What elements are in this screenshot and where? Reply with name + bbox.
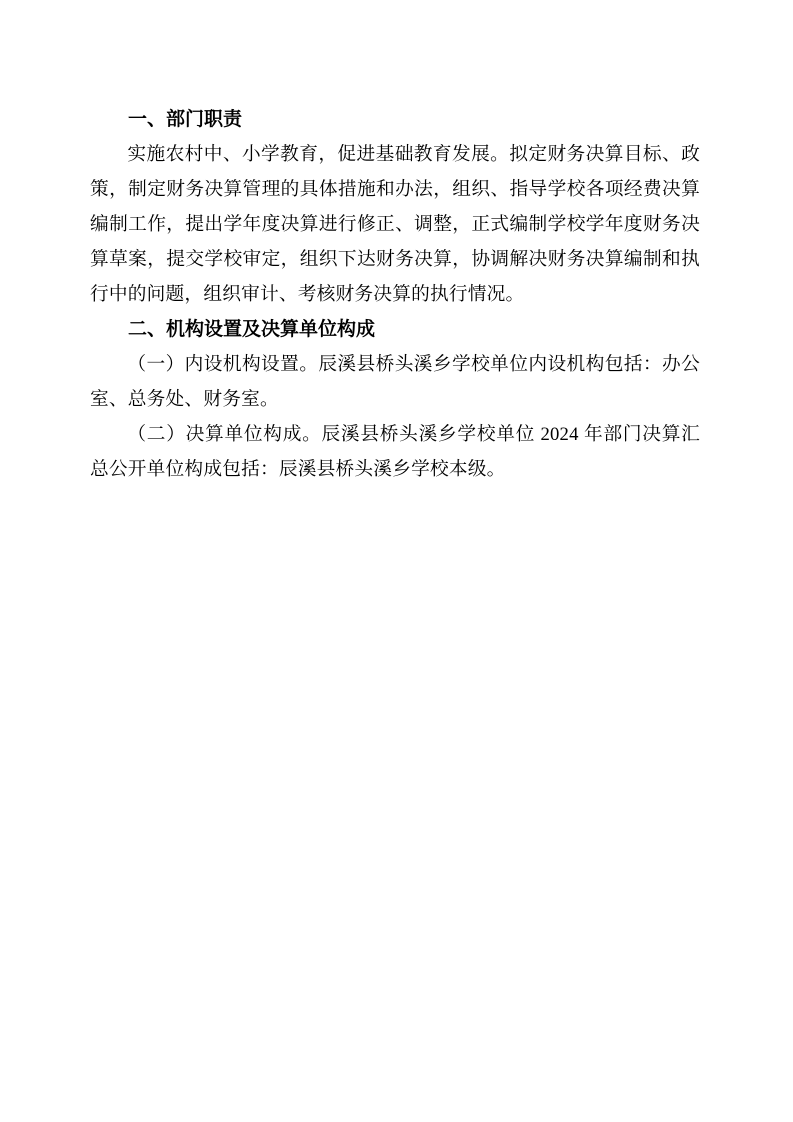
heading-org-setup-and-unit-composition: 二、机构设置及决算单位构成 <box>90 312 700 347</box>
paragraph-final-accounts-unit-composition: （二）决算单位构成。辰溪县桥头溪乡学校单位 2024 年部门决算汇总公开单位构成… <box>90 417 700 487</box>
paragraph-internal-org-setup: （一）内设机构设置。辰溪县桥头溪乡学校单位内设机构包括：办公室、总务处、财务室。 <box>90 347 700 417</box>
document-page: 一、部门职责 实施农村中、小学教育，促进基础教育发展。拟定财务决算目标、政策，制… <box>0 0 793 1122</box>
heading-department-duties: 一、部门职责 <box>90 102 700 137</box>
paragraph-department-duties: 实施农村中、小学教育，促进基础教育发展。拟定财务决算目标、政策，制定财务决算管理… <box>90 137 700 312</box>
